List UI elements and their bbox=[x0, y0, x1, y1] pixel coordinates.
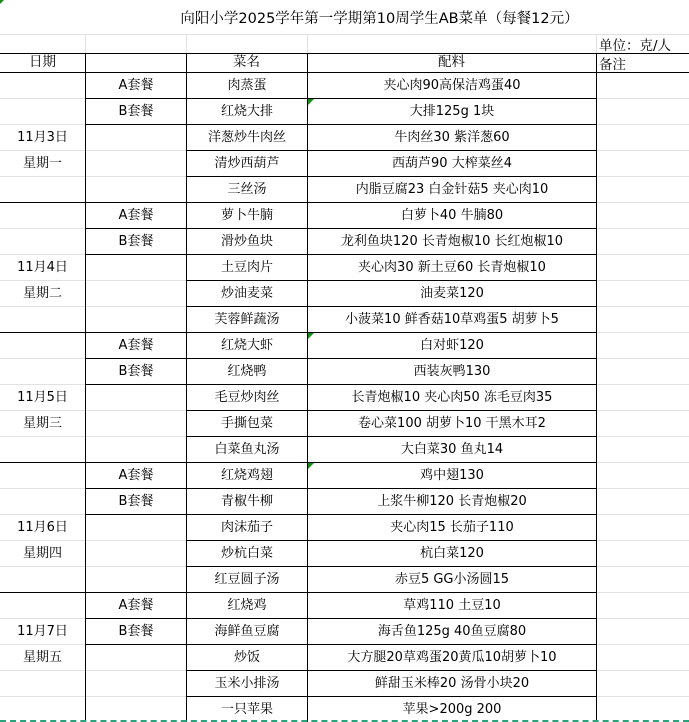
note-cell[interactable] bbox=[597, 202, 689, 228]
dish-name-cell[interactable]: 炒饭 bbox=[187, 644, 307, 670]
date-cell[interactable]: 11月6日 bbox=[0, 514, 85, 540]
dish-name-cell[interactable]: 红豆圆子汤 bbox=[187, 566, 307, 592]
dish-name-cell[interactable]: 海鲜鱼豆腐 bbox=[187, 618, 307, 644]
note-cell[interactable] bbox=[597, 176, 689, 202]
gridline bbox=[0, 34, 689, 35]
ingredients-cell[interactable]: 卷心菜100 胡萝卜10 干黑木耳2 bbox=[308, 410, 596, 436]
header-note[interactable]: 备注 bbox=[597, 53, 626, 72]
ingredients-cell[interactable]: 油麦菜120 bbox=[308, 280, 596, 306]
dish-name-cell[interactable]: 红烧鸡翅 bbox=[187, 462, 307, 488]
spreadsheet: 向阳小学2025学年第一学期第10周学生AB菜单（每餐12元） 单位：克/人 日… bbox=[0, 0, 689, 722]
note-cell[interactable] bbox=[597, 332, 689, 358]
header-date[interactable]: 日期 bbox=[0, 53, 85, 72]
meal-type-cell[interactable]: A套餐 bbox=[86, 592, 186, 618]
gridline bbox=[0, 436, 85, 437]
note-cell[interactable] bbox=[597, 540, 689, 566]
ingredients-cell[interactable]: 苹果>200g 200 bbox=[308, 696, 596, 722]
note-cell[interactable] bbox=[597, 488, 689, 514]
dish-name-cell[interactable]: 一只苹果 bbox=[187, 696, 307, 722]
header-dish[interactable]: 菜名 bbox=[186, 53, 307, 72]
sheet-title[interactable]: 向阳小学2025学年第一学期第10周学生AB菜单（每餐12元） bbox=[0, 0, 689, 34]
ingredients-cell[interactable]: 内脂豆腐23 白金针菇5 夹心肉10 bbox=[308, 176, 596, 202]
comment-marker-icon bbox=[308, 463, 314, 469]
header-ingredients[interactable]: 配料 bbox=[307, 53, 596, 72]
note-cell[interactable] bbox=[597, 514, 689, 540]
note-cell[interactable] bbox=[597, 462, 689, 488]
meal-type-cell[interactable]: A套餐 bbox=[86, 332, 186, 358]
ingredients-cell[interactable]: 白对虾120 bbox=[308, 332, 596, 358]
meal-type-cell[interactable] bbox=[86, 384, 186, 410]
gridline bbox=[0, 696, 85, 697]
gridline bbox=[0, 228, 85, 229]
column-border bbox=[186, 53, 187, 722]
comment-marker-icon bbox=[308, 99, 314, 105]
ingredients-cell[interactable]: 西装灰鸭130 bbox=[308, 358, 596, 384]
ingredients-cell[interactable]: 大白菜30 鱼丸14 bbox=[308, 436, 596, 462]
note-cell[interactable] bbox=[597, 384, 689, 410]
meal-type-cell[interactable] bbox=[86, 644, 186, 670]
meal-type-cell[interactable]: B套餐 bbox=[86, 98, 186, 124]
weekday-cell[interactable]: 星期一 bbox=[0, 150, 85, 176]
unit-label[interactable]: 单位：克/人 bbox=[597, 35, 671, 54]
ingredients-cell[interactable]: 龙利鱼块120 长青炮椒10 长红炮椒10 bbox=[308, 228, 596, 254]
ingredients-cell[interactable]: 大排125g 1块 bbox=[308, 98, 596, 124]
ingredients-cell[interactable]: 草鸡110 土豆10 bbox=[308, 592, 596, 618]
meal-type-cell[interactable]: B套餐 bbox=[86, 618, 186, 644]
gridline bbox=[0, 488, 85, 489]
ingredients-cell[interactable]: 夹心肉90高保洁鸡蛋40 bbox=[308, 72, 596, 98]
ingredients-cell[interactable]: 鸡中翅130 bbox=[308, 462, 596, 488]
gridline bbox=[0, 98, 85, 99]
ingredients-cell[interactable]: 赤豆5 GG小汤圆15 bbox=[308, 566, 596, 592]
note-cell[interactable] bbox=[597, 670, 689, 696]
note-cell[interactable] bbox=[597, 618, 689, 644]
gridline bbox=[0, 358, 85, 359]
meal-type-cell[interactable] bbox=[86, 176, 186, 202]
dish-name-cell[interactable]: 炒杭白菜 bbox=[187, 540, 307, 566]
date-cell[interactable]: 11月5日 bbox=[0, 384, 85, 410]
ingredients-cell[interactable]: 长青炮椒10 夹心肉50 冻毛豆肉35 bbox=[308, 384, 596, 410]
header-type[interactable] bbox=[85, 53, 186, 72]
note-cell[interactable] bbox=[597, 228, 689, 254]
gridline bbox=[0, 566, 85, 567]
meal-type-cell[interactable] bbox=[86, 514, 186, 540]
dish-name-cell[interactable]: 萝卜牛腩 bbox=[187, 202, 307, 228]
ingredients-cell[interactable]: 西葫芦90 大榨菜丝4 bbox=[308, 150, 596, 176]
meal-type-cell[interactable]: B套餐 bbox=[86, 488, 186, 514]
meal-type-cell[interactable] bbox=[86, 280, 186, 306]
meal-type-cell[interactable] bbox=[86, 254, 186, 280]
ingredients-cell[interactable]: 夹心肉30 新土豆60 长青炮椒10 bbox=[308, 254, 596, 280]
meal-type-cell[interactable] bbox=[86, 410, 186, 436]
dish-name-cell[interactable]: 三丝汤 bbox=[187, 176, 307, 202]
meal-type-cell[interactable] bbox=[86, 696, 186, 722]
meal-type-cell[interactable] bbox=[86, 124, 186, 150]
meal-type-cell[interactable] bbox=[86, 540, 186, 566]
date-cell[interactable]: 11月7日 bbox=[0, 618, 85, 644]
note-cell[interactable] bbox=[597, 644, 689, 670]
dish-name-cell[interactable]: 红烧大虾 bbox=[187, 332, 307, 358]
ingredients-cell[interactable]: 牛肉丝30 紫洋葱60 bbox=[308, 124, 596, 150]
date-cell[interactable]: 11月3日 bbox=[0, 124, 85, 150]
dish-name-cell[interactable]: 肉沫茄子 bbox=[187, 514, 307, 540]
dish-name-cell[interactable]: 滑炒鱼块 bbox=[187, 228, 307, 254]
ingredients-cell[interactable]: 小菠菜10 鲜香菇10草鸡蛋5 胡萝卜5 bbox=[308, 306, 596, 332]
weekday-cell[interactable]: 星期三 bbox=[0, 410, 85, 436]
dish-name-cell[interactable]: 毛豆炒肉丝 bbox=[187, 384, 307, 410]
dish-name-cell[interactable]: 芙蓉鲜蔬汤 bbox=[187, 306, 307, 332]
dish-name-cell[interactable]: 手撕包菜 bbox=[187, 410, 307, 436]
comment-marker-icon bbox=[308, 333, 314, 339]
meal-type-cell[interactable] bbox=[86, 436, 186, 462]
meal-type-cell[interactable]: A套餐 bbox=[86, 72, 186, 98]
meal-type-cell[interactable]: A套餐 bbox=[86, 202, 186, 228]
dish-name-cell[interactable]: 清炒西葫芦 bbox=[187, 150, 307, 176]
dish-name-cell[interactable]: 炒油麦菜 bbox=[187, 280, 307, 306]
dish-name-cell[interactable]: 青椒牛柳 bbox=[187, 488, 307, 514]
gridline bbox=[0, 670, 85, 671]
note-cell[interactable] bbox=[597, 696, 689, 722]
date-cell[interactable]: 11月4日 bbox=[0, 254, 85, 280]
note-cell[interactable] bbox=[597, 150, 689, 176]
note-cell[interactable] bbox=[597, 592, 689, 618]
dish-name-cell[interactable]: 玉米小排汤 bbox=[187, 670, 307, 696]
note-cell[interactable] bbox=[597, 358, 689, 384]
meal-type-cell[interactable]: B套餐 bbox=[86, 228, 186, 254]
gridline bbox=[85, 34, 86, 53]
ingredients-cell[interactable]: 夹心肉15 长茄子110 bbox=[308, 514, 596, 540]
meal-type-cell[interactable] bbox=[86, 670, 186, 696]
note-cell[interactable] bbox=[597, 72, 689, 98]
dish-name-cell[interactable]: 肉蒸蛋 bbox=[187, 72, 307, 98]
dish-name-cell[interactable]: 白菜鱼丸汤 bbox=[187, 436, 307, 462]
gridline bbox=[307, 34, 308, 53]
column-border bbox=[307, 53, 308, 722]
meal-type-cell[interactable] bbox=[86, 566, 186, 592]
ingredients-cell[interactable]: 大方腿20草鸡蛋20黄瓜10胡萝卜10 bbox=[308, 644, 596, 670]
dish-name-cell[interactable]: 土豆肉片 bbox=[187, 254, 307, 280]
gridline bbox=[0, 176, 85, 177]
note-cell[interactable] bbox=[597, 280, 689, 306]
dish-name-cell[interactable]: 洋葱炒牛肉丝 bbox=[187, 124, 307, 150]
gridline bbox=[186, 34, 187, 53]
ingredients-cell[interactable]: 鲜甜玉米棒20 汤骨小块20 bbox=[308, 670, 596, 696]
ingredients-cell[interactable]: 上浆牛柳120 长青炮椒20 bbox=[308, 488, 596, 514]
meal-type-cell[interactable] bbox=[86, 306, 186, 332]
column-border bbox=[85, 53, 86, 722]
meal-type-cell[interactable]: A套餐 bbox=[86, 462, 186, 488]
weekday-cell[interactable]: 星期二 bbox=[0, 280, 85, 306]
ingredients-cell[interactable]: 杭白菜120 bbox=[308, 540, 596, 566]
dish-name-cell[interactable]: 红烧大排 bbox=[187, 98, 307, 124]
dish-name-cell[interactable]: 红烧鸡 bbox=[187, 592, 307, 618]
gridline bbox=[0, 306, 85, 307]
note-cell[interactable] bbox=[597, 124, 689, 150]
meal-type-cell[interactable]: B套餐 bbox=[86, 358, 186, 384]
ingredients-cell[interactable]: 海舌鱼125g 40鱼豆腐80 bbox=[308, 618, 596, 644]
note-cell[interactable] bbox=[597, 254, 689, 280]
dish-name-cell[interactable]: 红烧鸭 bbox=[187, 358, 307, 384]
note-cell[interactable] bbox=[597, 436, 689, 462]
ingredients-cell[interactable]: 白萝卜40 牛腩80 bbox=[308, 202, 596, 228]
weekday-cell[interactable]: 星期五 bbox=[0, 644, 85, 670]
column-border bbox=[596, 53, 597, 722]
note-cell[interactable] bbox=[597, 566, 689, 592]
weekday-cell[interactable]: 星期四 bbox=[0, 540, 85, 566]
note-cell[interactable] bbox=[597, 306, 689, 332]
note-cell[interactable] bbox=[597, 98, 689, 124]
meal-type-cell[interactable] bbox=[86, 150, 186, 176]
note-cell[interactable] bbox=[597, 410, 689, 436]
